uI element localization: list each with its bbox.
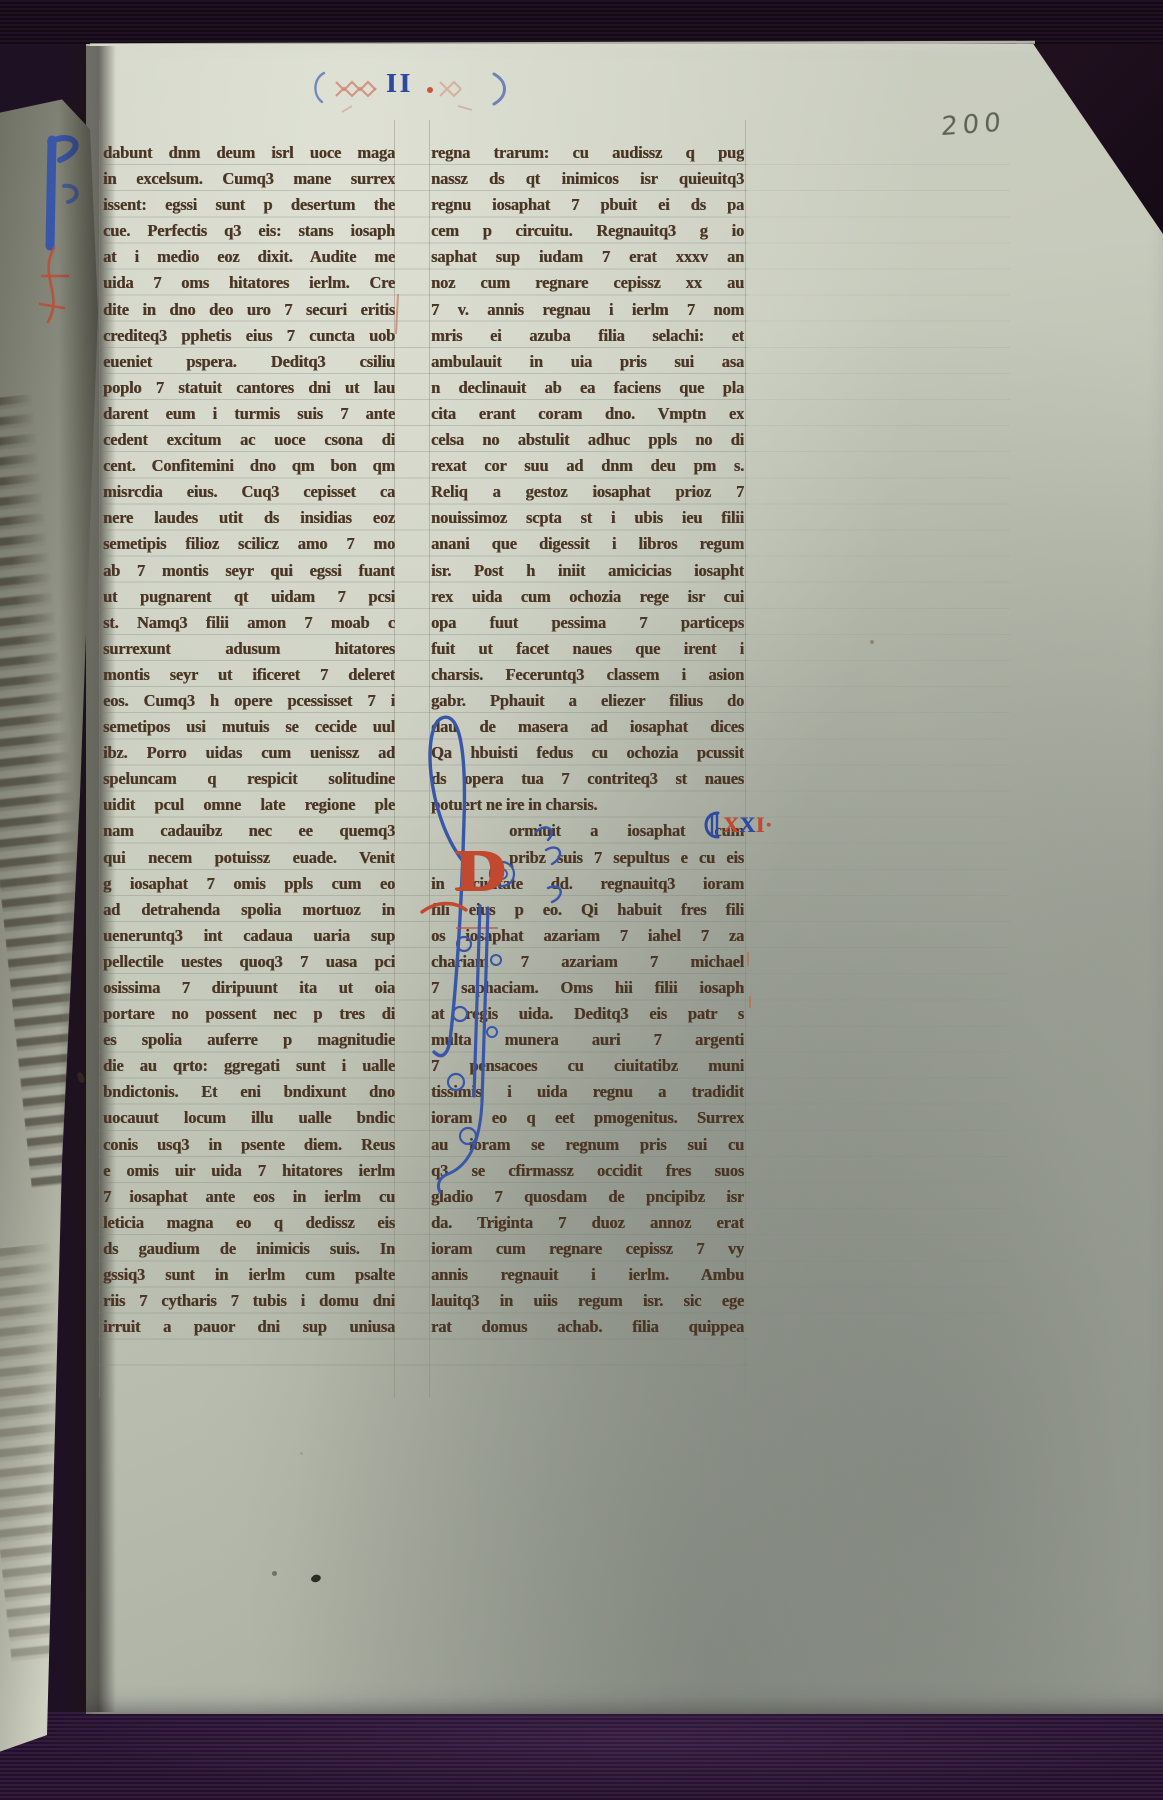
- chapter-numeral-char: X: [723, 812, 739, 838]
- text-line: saphat sup iudam 7 erat xxxv an: [431, 244, 744, 270]
- text-line: ibz. Porro uidas cum uenissz ad: [103, 740, 395, 766]
- text-line: qui necem potuissz euade. Venit: [103, 845, 395, 871]
- text-line: anani que digessit i libros regum: [431, 531, 744, 557]
- text-line: fuit ut facet naues que irent i: [431, 636, 744, 662]
- text-line: semetipis filioz scilicz amo 7 mo: [103, 531, 395, 557]
- running-title-block: II: [308, 66, 518, 114]
- text-line: cedent excitum ac uoce csona di: [103, 427, 395, 453]
- paraph-mark-icon: [699, 810, 721, 840]
- text-line: nam cadauibz nec ee quemq3: [103, 818, 395, 844]
- text-line: eueniet pspera. Deditq3 csiliu: [103, 349, 395, 375]
- red-margin-mark: [749, 996, 751, 1008]
- chapter-marker: X X I ·: [699, 810, 773, 840]
- manuscript-photo: { "page": { "running_title": "II", "foli…: [0, 0, 1163, 1800]
- text-line: cem p circuitu. Regnauitq3 g io: [431, 218, 744, 244]
- text-line: g iosaphat 7 omis ppls cum eo: [103, 871, 395, 897]
- vertical-rule-left-outer: [99, 120, 100, 1398]
- text-line: poplo 7 statuit cantores dni ut lau: [103, 375, 395, 401]
- text-line: regna trarum: cu audissz q pug: [431, 140, 744, 166]
- text-line: 7 iosaphat ante eos in ierlm cu: [103, 1184, 395, 1210]
- red-margin-mark: [747, 952, 749, 966]
- text-line: cita erant coram dno. Vmptn ex: [431, 401, 744, 427]
- text-line: at i medio eoz dixit. Audite me: [103, 244, 395, 270]
- text-line: irruit a pauor dni sup uniusa: [103, 1314, 395, 1340]
- text-line: rat domus achab. filia quippea: [431, 1314, 744, 1340]
- facing-page-edge: [0, 96, 100, 1760]
- text-line: uidit pcul omne late regione ple: [103, 792, 395, 818]
- text-line: nouissimoz scpta st i ubis ieu filii: [431, 505, 744, 531]
- text-line: portare no possent nec p tres di: [103, 1001, 395, 1027]
- text-line: n declinauit ab ea faciens que pla: [431, 375, 744, 401]
- margin-mark: [76, 1071, 85, 1083]
- text-line: isr. Post h iniit amicicias iosapht: [431, 558, 744, 584]
- text-line: montis seyr ut ificeret 7 deleret: [103, 662, 395, 688]
- text-line: charsis. Feceruntq3 classem i asion: [431, 662, 744, 688]
- pen-flourish: [398, 692, 578, 1232]
- chapter-numeral-char: I: [756, 812, 765, 838]
- text-line: osissima 7 diripuunt ita ut oia: [103, 975, 395, 1001]
- text-line: gssiq3 sunt in ierlm cum psalte: [103, 1262, 395, 1288]
- folio-number: 200: [940, 108, 1006, 143]
- text-line: lauitq3 in uiis regum isr. sic ege: [431, 1288, 744, 1314]
- text-line: surrexunt adusum hitatores: [103, 636, 395, 662]
- text-line: mris ei azuba filia selachi: et: [431, 323, 744, 349]
- text-line: crediteq3 pphetis eius 7 cuncta uob: [103, 323, 395, 349]
- text-line: ab 7 montis seyr qui egssi fuant: [103, 558, 395, 584]
- chapter-numeral-punct: ·: [765, 812, 773, 838]
- text-line: ueneruntq3 int cadaua uaria sup: [103, 923, 395, 949]
- text-line: leticia magna eo q dedissz eis: [103, 1210, 395, 1236]
- text-line: riis 7 cytharis 7 tubis i domu dni: [103, 1288, 395, 1314]
- vertical-rule-right-outer: [745, 120, 746, 1398]
- binding-fabric-top: [0, 0, 1163, 46]
- text-line: bndictonis. Et eni bndixunt dno: [103, 1079, 395, 1105]
- text-line: speluncam q respicit solitudine: [103, 766, 395, 792]
- text-line: ds gaudium de inimicis suis. In: [103, 1236, 395, 1262]
- text-line: eos. Cumq3 h opere pcessisset 7 i: [103, 688, 395, 714]
- text-line: conis usq3 in psente diem. Reus: [103, 1132, 395, 1158]
- chapter-initial: D: [455, 838, 507, 903]
- text-line: darent eum i turmis suis 7 ante: [103, 401, 395, 427]
- facing-page-text-lines: [0, 1243, 96, 1669]
- text-line: dabunt dnm deum isrl uoce maga: [103, 140, 395, 166]
- text-line: cue. Perfectis q3 eis: stans iosaph: [103, 218, 395, 244]
- text-line: st. Namq3 filii amon 7 moab c: [103, 610, 395, 636]
- text-line: 7 v. annis regnau i ierlm 7 nom: [431, 297, 744, 323]
- text-line: es spolia auferre p magnitudie: [103, 1027, 395, 1053]
- text-line: uida 7 oms hitatores ierlm. Cre: [103, 270, 395, 296]
- text-line: issent: egssi sunt p desertum the: [103, 192, 395, 218]
- stain: [870, 640, 874, 644]
- text-line: noz cum regnare cepissz xx au: [431, 270, 744, 296]
- text-line: annis regnauit i ierlm. Ambu: [431, 1262, 744, 1288]
- running-title: II: [386, 68, 413, 99]
- text-line: regnu iosaphat 7 pbuit ei ds pa: [431, 192, 744, 218]
- text-line: ambulauit in uia pris sui asa: [431, 349, 744, 375]
- binding-fabric-bottom: [0, 1712, 1163, 1800]
- text-line: uocauut locum illu ualle bndic: [103, 1105, 395, 1131]
- text-line: in excelsum. Cumq3 mane surrex: [103, 166, 395, 192]
- text-line: semetipos usi mutuis se cecide uul: [103, 714, 395, 740]
- text-line: pellectile uestes quoq3 7 uasa pci: [103, 949, 395, 975]
- text-line: dite in dno deo uro 7 securi eritis: [103, 297, 395, 323]
- text-line: ut pugnarent qt uidam 7 pcsi: [103, 584, 395, 610]
- stain: [300, 1452, 303, 1455]
- text-line: ad detrahenda spolia mortuoz in: [103, 897, 395, 923]
- text-line: misrcdia eius. Cuq3 cepisset ca: [103, 479, 395, 505]
- chapter-numeral-char: X: [739, 812, 755, 838]
- text-line: die au qrto: ggregati sunt i ualle: [103, 1053, 395, 1079]
- text-line: cent. Confitemini dno qm bon qm: [103, 453, 395, 479]
- text-line: rexat cor suu ad dnm deu pm s.: [431, 453, 744, 479]
- text-line: celsa no abstulit adhuc ppls no di: [431, 427, 744, 453]
- text-line: e omis uir uida 7 hitatores ierlm: [103, 1158, 395, 1184]
- text-line: Reliq a gestoz iosaphat prioz 7: [431, 479, 744, 505]
- text-line: rex uida cum ochozia rege isr cui: [431, 584, 744, 610]
- text-line: nassz ds qt inimicos isr quieuitq3: [431, 166, 744, 192]
- ink-blot: [272, 1571, 277, 1576]
- text-line: nere laudes utit ds insidias eoz: [103, 505, 395, 531]
- text-column-left: dabunt dnm deum isrl uoce magain excelsu…: [103, 140, 395, 1340]
- text-line: ioram cum regnare cepissz 7 vy: [431, 1236, 744, 1262]
- text-line: opa fuut pessima 7 particeps: [431, 610, 744, 636]
